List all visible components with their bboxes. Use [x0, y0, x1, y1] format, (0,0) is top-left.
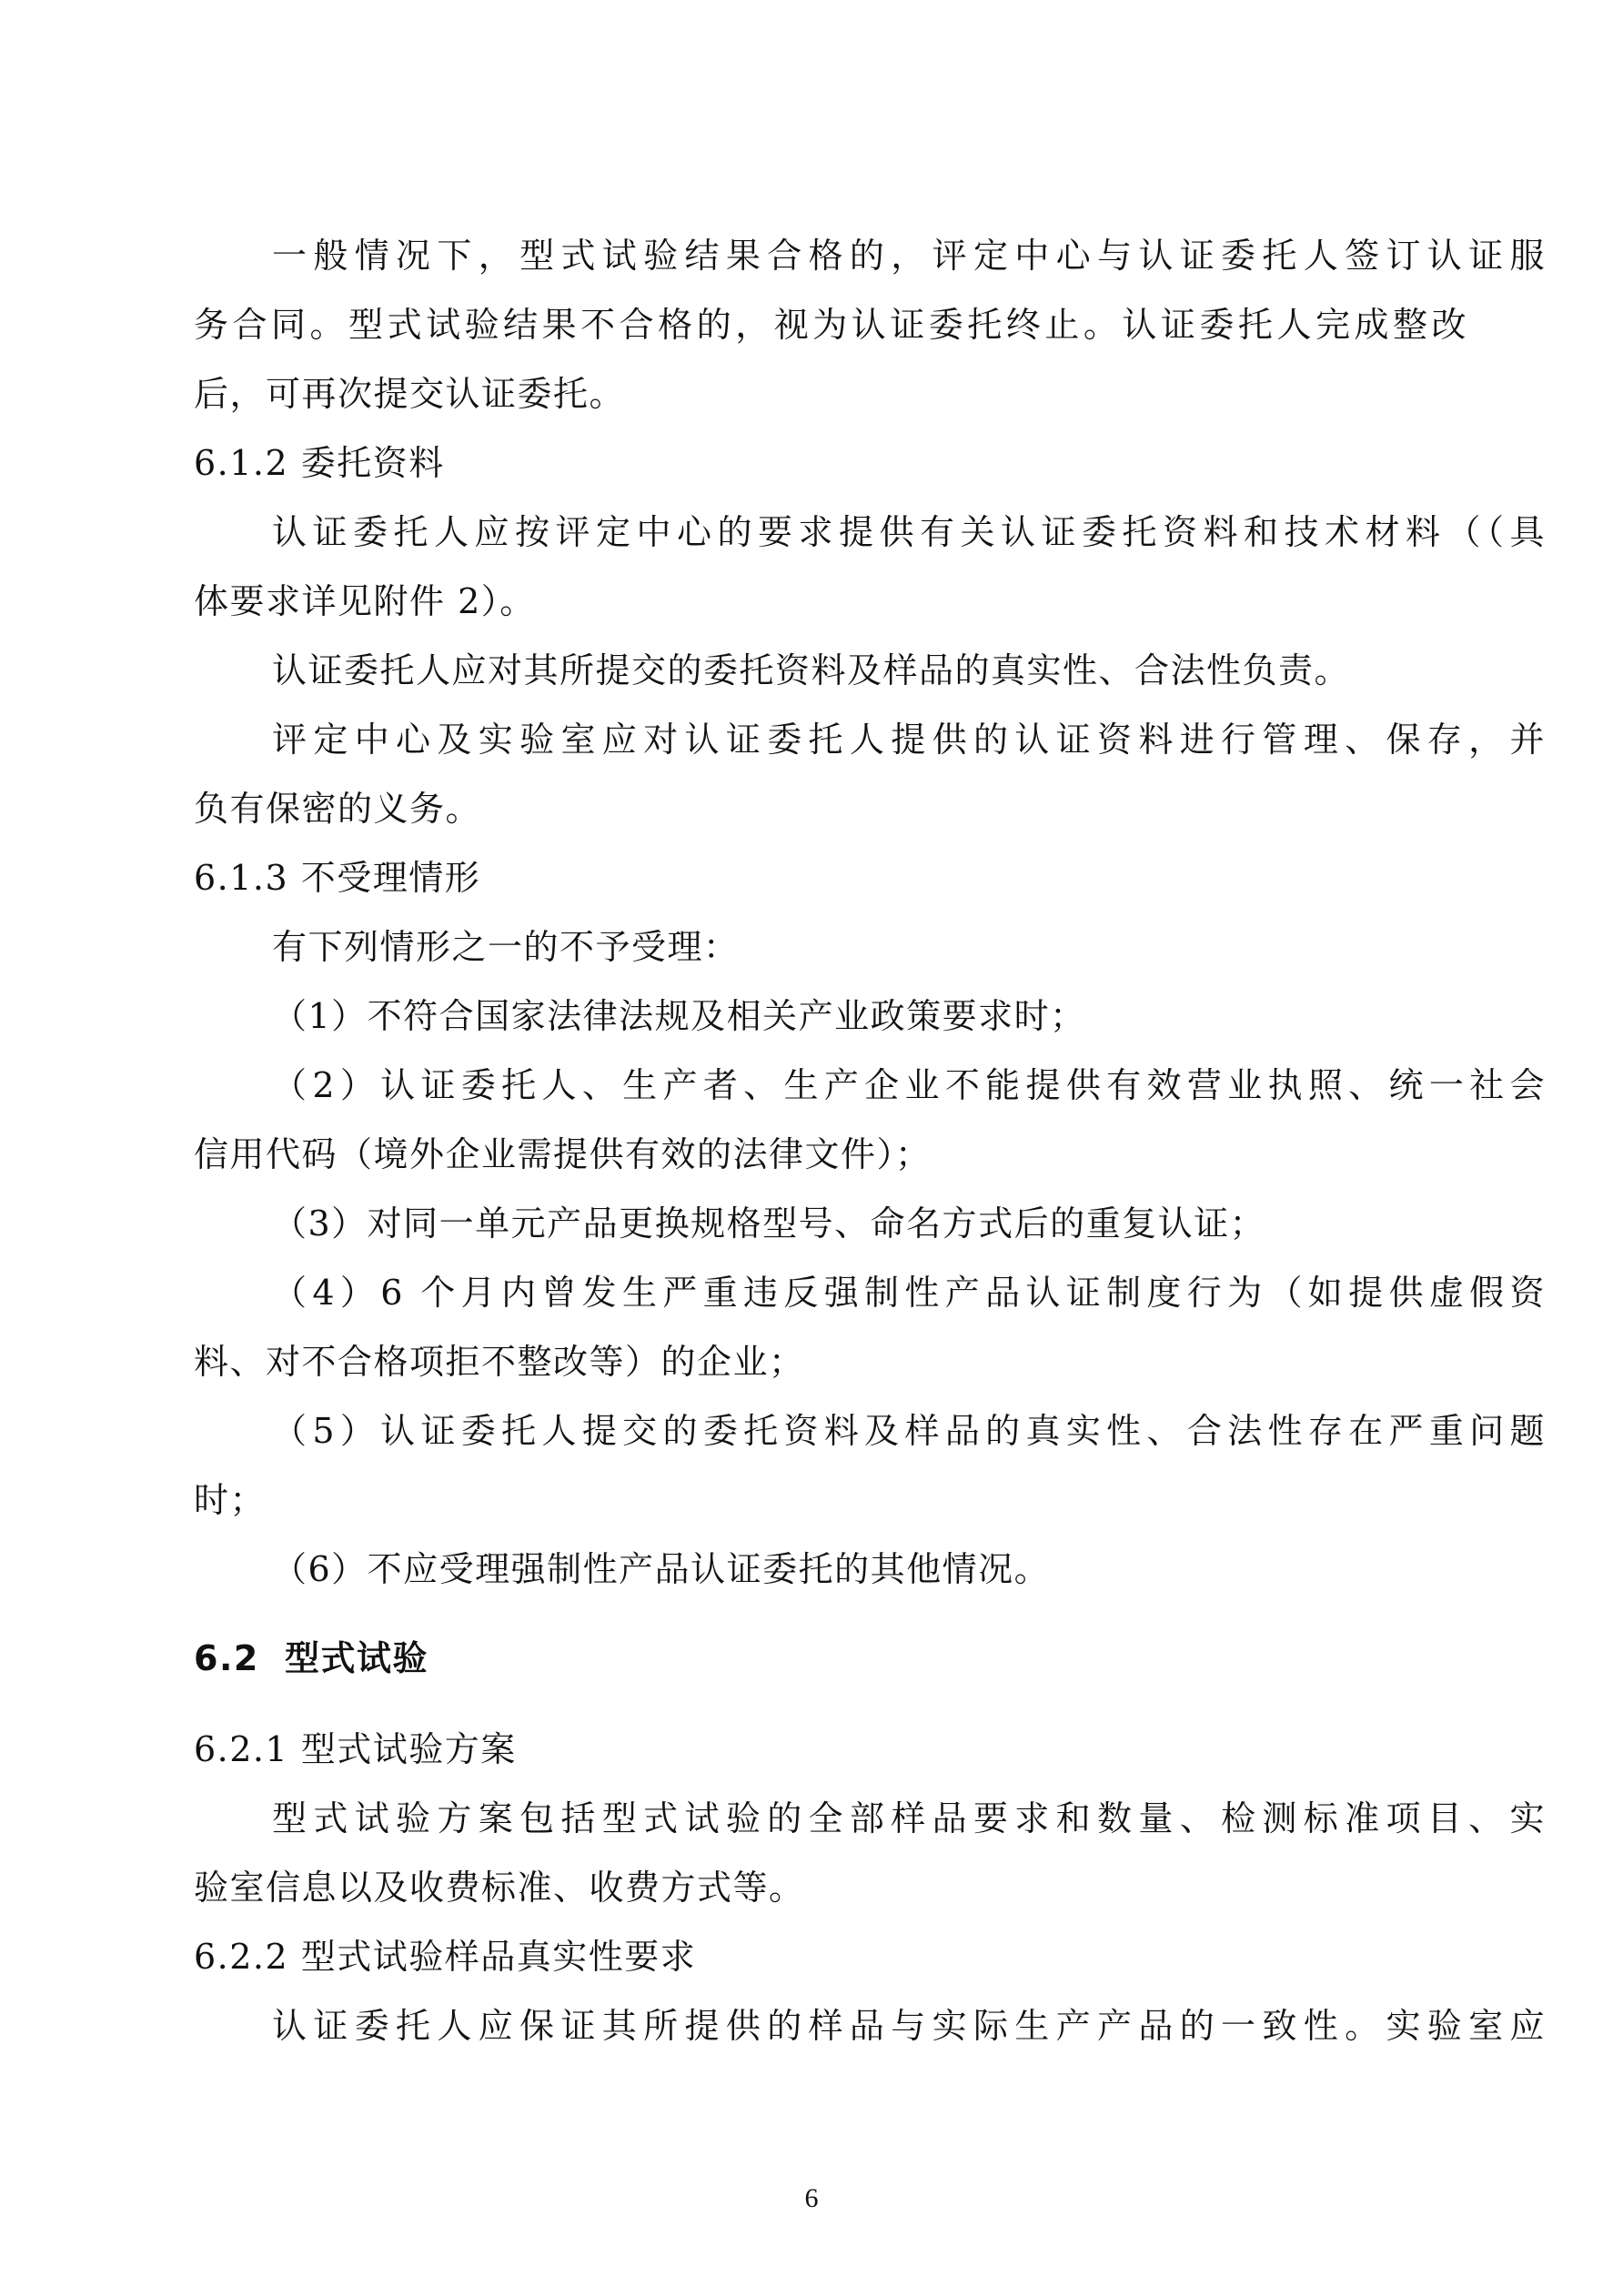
list-item: （4）6 个月内曾发生严重违反强制性产品认证制度行为（如提供虚假资	[194, 1272, 1546, 1314]
list-item: （6）不应受理强制性产品认证委托的其他情况。	[194, 1548, 1546, 1590]
section-heading: 6.2型式试验	[194, 1637, 1467, 1679]
paragraph-line: 评定中心及实验室应对认证委托人提供的认证资料进行管理、保存，并	[194, 719, 1546, 760]
list-item: （2）认证委托人、生产者、生产企业不能提供有效营业执照、统一社会	[194, 1064, 1546, 1106]
paragraph-line: 认证委托人应对其所提交的委托资料及样品的真实性、合法性负责。	[194, 650, 1546, 691]
list-item: （1）不符合国家法律法规及相关产业政策要求时；	[194, 995, 1546, 1037]
page-number: 6	[0, 2183, 1623, 2214]
paragraph-line: 认证委托人应按评定中心的要求提供有关认证委托资料和技术材料（（具	[194, 511, 1546, 553]
list-item-continuation: 时；	[194, 1479, 1467, 1521]
paragraph-line: 负有保密的义务。	[194, 788, 1467, 830]
list-item-continuation: 信用代码（境外企业需提供有效的法律文件）；	[194, 1133, 1467, 1175]
subsection-heading: 6.1.3 不受理情形	[194, 857, 1467, 899]
paragraph-line: 务合同。型式试验结果不合格的，视为认证委托终止。认证委托人完成整改	[194, 304, 1467, 346]
subsection-heading: 6.1.2 委托资料	[194, 442, 1467, 484]
paragraph-line: 有下列情形之一的不予受理：	[194, 926, 1546, 968]
paragraph-line: 验室信息以及收费标准、收费方式等。	[194, 1867, 1467, 1908]
list-item: （5）认证委托人提交的委托资料及样品的真实性、合法性存在严重问题	[194, 1410, 1546, 1452]
list-item: （3）对同一单元产品更换规格型号、命名方式后的重复认证；	[194, 1203, 1546, 1244]
list-item-continuation: 料、对不合格项拒不整改等）的企业；	[194, 1341, 1467, 1383]
section-title: 型式试验	[285, 1638, 428, 1678]
paragraph-line: 体要求详见附件 2）。	[194, 580, 1467, 622]
subsection-heading: 6.2.1 型式试验方案	[194, 1728, 1467, 1770]
paragraph-line: 一般情况下，型式试验结果合格的，评定中心与认证委托人签订认证服	[194, 235, 1546, 277]
paragraph-line: 后，可再次提交认证委托。	[194, 373, 1467, 415]
paragraph-line: 认证委托人应保证其所提供的样品与实际生产产品的一致性。实验室应	[194, 2005, 1546, 2047]
paragraph-line: 型式试验方案包括型式试验的全部样品要求和数量、检测标准项目、实	[194, 1798, 1546, 1839]
section-number: 6.2	[194, 1637, 285, 1679]
subsection-heading: 6.2.2 型式试验样品真实性要求	[194, 1936, 1467, 1978]
